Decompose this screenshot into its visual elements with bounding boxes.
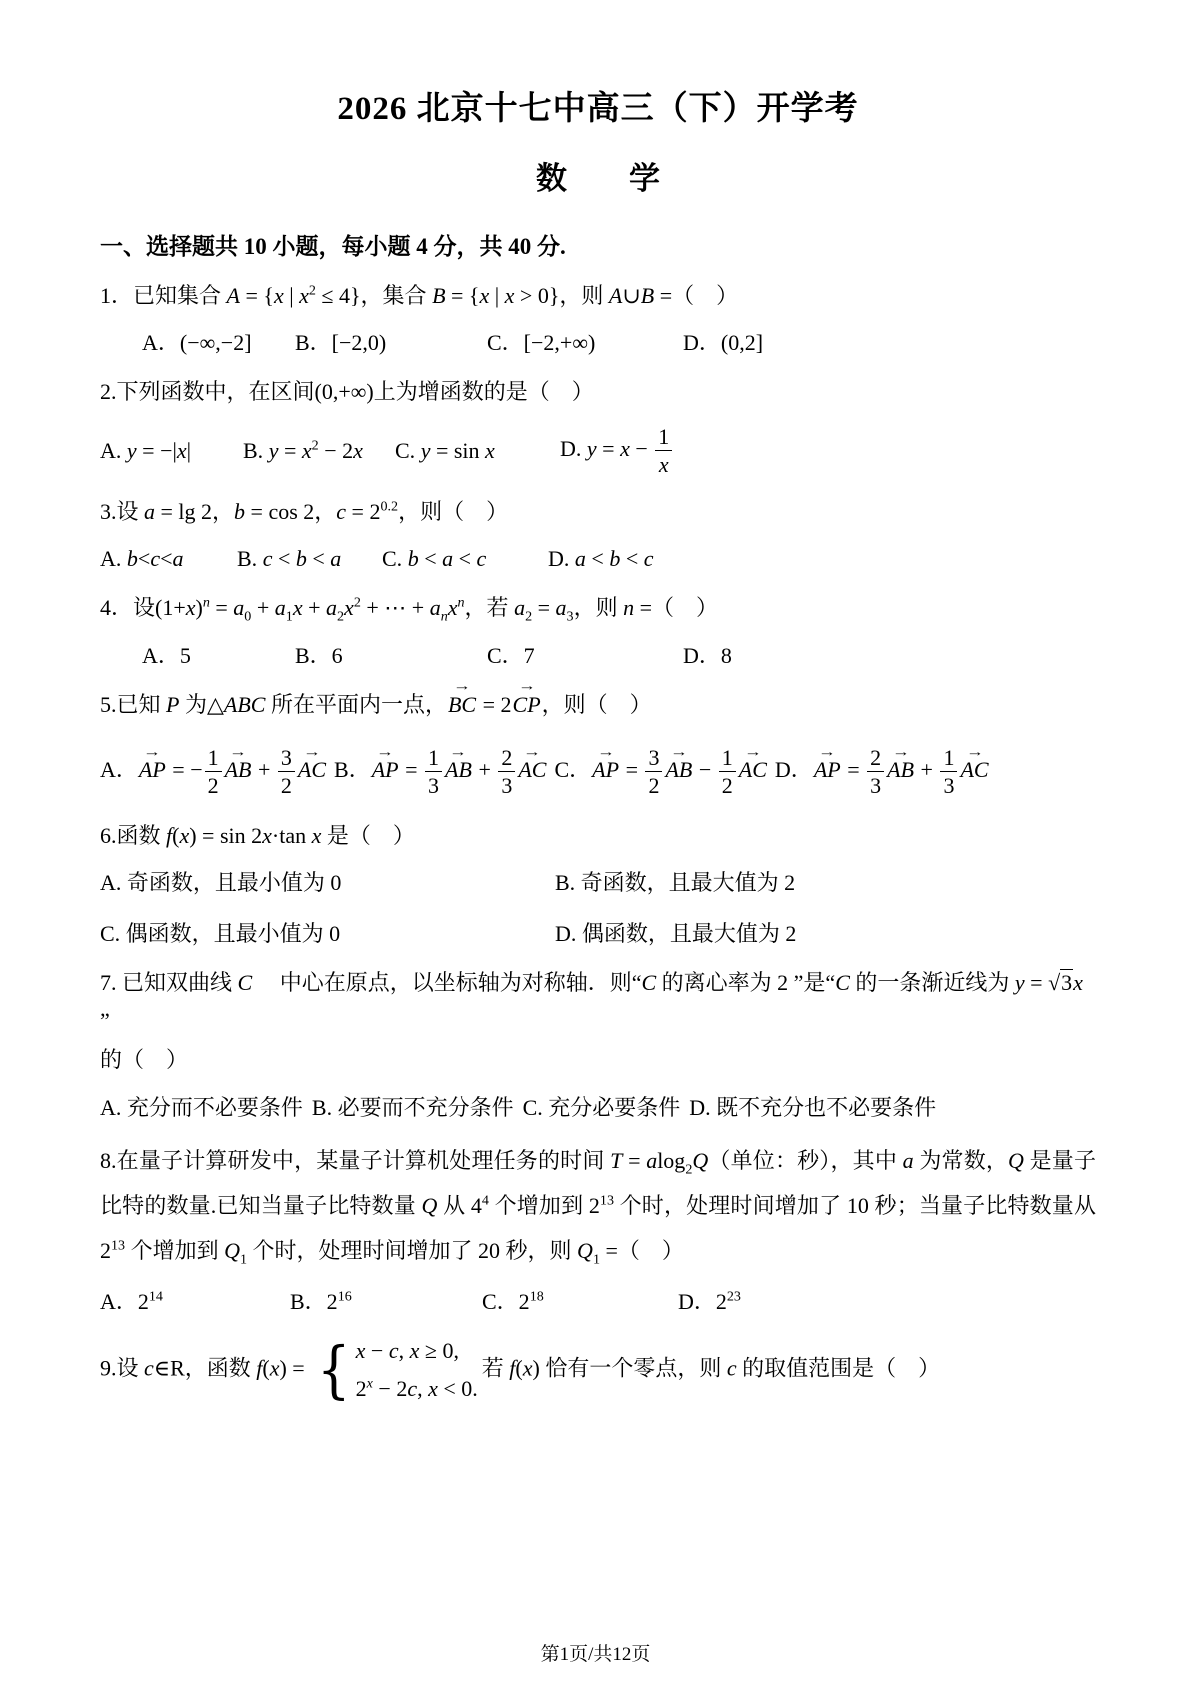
- question-6-option-b: B. 奇函数，且最大值为 2: [555, 866, 1096, 899]
- question-8-stem: 8.在量子计算研发中，某量子计算机处理任务的时间 T = alog2Q（单位：秒…: [100, 1138, 1096, 1273]
- question-6-stem: 6.函数 f(x) = sin 2x·tan x 是（ ）: [100, 817, 1096, 854]
- question-6: 6.函数 f(x) = sin 2x·tan x 是（ ） A. 奇函数，且最小…: [100, 817, 1096, 950]
- question-6-option-d: D. 偶函数，且最大值为 2: [555, 917, 1096, 950]
- subject-title: 数 学: [100, 153, 1096, 198]
- section-header: 一、选择题共 10 小题，每小题 4 分，共 40 分.: [100, 228, 1096, 261]
- question-4-option-c: C．7: [487, 639, 683, 672]
- question-1: 1．已知集合 A = {x | x2 ≤ 4}，集合 B = {x | x > …: [100, 277, 1096, 359]
- question-1-option-b: B．[−2,0): [295, 326, 487, 359]
- page-number: 第1页/共12页: [0, 1639, 1191, 1666]
- question-1-option-d: D．(0,2]: [683, 326, 763, 359]
- question-8-option-a: A．214: [100, 1285, 290, 1318]
- question-8-option-c: C．218: [482, 1285, 678, 1318]
- question-6-option-c: C. 偶函数，且最小值为 0: [100, 917, 555, 950]
- question-7-option-a: A. 充分而不必要条件: [100, 1091, 303, 1124]
- question-3-options: A. b<c<a B. c < b < a C. b < a < c D. a …: [100, 542, 1096, 575]
- question-5-option-c: C．→AP = 32→AB − 12→AC: [554, 745, 767, 799]
- question-5-option-a: A．→AP = −12→AB + 32→AC: [100, 745, 327, 799]
- question-7-options: A. 充分而不必要条件 B. 必要而不充分条件 C. 充分必要条件 D. 既不充…: [100, 1091, 1096, 1124]
- question-5-option-b: B．→AP = 13→AB + 23→AC: [334, 745, 547, 799]
- question-5: 5.已知 P 为△ABC 所在平面内一点，→BC = 2→CP，则（ ） A．→…: [100, 686, 1096, 803]
- question-4-options: A．5 B．6 C．7 D．8: [100, 639, 1096, 672]
- question-3-option-c: C. b < a < c: [382, 542, 548, 575]
- question-2-option-c: C. y = sin x: [395, 434, 560, 467]
- exam-page: 2026 北京十七中高三（下）开学考 数 学 一、选择题共 10 小题，每小题 …: [0, 0, 1191, 1684]
- question-2-options: A. y = −|x| B. y = x2 − 2x C. y = sin x …: [100, 423, 1096, 479]
- question-7-stem: 7. 已知双曲线 C 中心在原点，以坐标轴为对称轴．则“C 的离心率为 2 ”是…: [100, 964, 1096, 1039]
- question-1-option-c: C．[−2,+∞): [487, 326, 683, 359]
- question-7-option-c: C. 充分必要条件: [523, 1091, 681, 1124]
- question-4-option-d: D．8: [683, 639, 732, 672]
- question-3-option-b: B. c < b < a: [237, 542, 382, 575]
- question-9-stem: 9.设 c∈R，函数 f(x) = {x − c, x ≥ 0,2x − 2c,…: [100, 1332, 1096, 1409]
- question-8-option-b: B．216: [290, 1285, 482, 1318]
- question-1-stem: 1．已知集合 A = {x | x2 ≤ 4}，集合 B = {x | x > …: [100, 277, 1096, 314]
- question-7-option-d: D. 既不充分也不必要条件: [689, 1091, 936, 1124]
- question-4: 4．设(1+x)n = a0 + a1x + a2x2 + ⋯ + anxn，若…: [100, 589, 1096, 671]
- question-5-stem: 5.已知 P 为△ABC 所在平面内一点，→BC = 2→CP，则（ ）: [100, 686, 1096, 723]
- page-title: 2026 北京十七中高三（下）开学考: [100, 82, 1096, 129]
- question-4-option-b: B．6: [295, 639, 487, 672]
- question-3-option-d: D. a < b < c: [548, 542, 654, 575]
- question-2-option-a: A. y = −|x|: [100, 434, 243, 467]
- question-4-stem: 4．设(1+x)n = a0 + a1x + a2x2 + ⋯ + anxn，若…: [100, 589, 1096, 626]
- question-3-stem: 3.设 a = lg 2，b = cos 2，c = 20.2，则（ ）: [100, 493, 1096, 530]
- question-5-option-d: D．→AP = 23→AB + 13→AC: [775, 745, 990, 799]
- question-2-option-d: D. y = x − 1x: [560, 424, 674, 478]
- question-6-options: A. 奇函数，且最小值为 0 B. 奇函数，且最大值为 2 C. 偶函数，且最小…: [100, 866, 1096, 950]
- question-8-options: A．214 B．216 C．218 D．223: [100, 1285, 1096, 1318]
- question-5-options: A．→AP = −12→AB + 32→AC B．→AP = 13→AB + 2…: [100, 741, 1096, 803]
- question-8: 8.在量子计算研发中，某量子计算机处理任务的时间 T = alog2Q（单位：秒…: [100, 1138, 1096, 1318]
- question-4-option-a: A．5: [142, 639, 295, 672]
- question-1-option-a: A．(−∞,−2]: [142, 326, 295, 359]
- question-3-option-a: A. b<c<a: [100, 542, 237, 575]
- question-8-option-d: D．223: [678, 1285, 741, 1318]
- question-3: 3.设 a = lg 2，b = cos 2，c = 20.2，则（ ） A. …: [100, 493, 1096, 575]
- question-1-options: A．(−∞,−2] B．[−2,0) C．[−2,+∞) D．(0,2]: [100, 326, 1096, 359]
- question-9: 9.设 c∈R，函数 f(x) = {x − c, x ≥ 0,2x − 2c,…: [100, 1332, 1096, 1409]
- question-7-stem-line2: 的（ ）: [100, 1041, 1096, 1078]
- question-6-option-a: A. 奇函数，且最小值为 0: [100, 866, 555, 899]
- question-2: 2.下列函数中，在区间(0,+∞)上为增函数的是（ ） A. y = −|x| …: [100, 373, 1096, 478]
- question-2-stem: 2.下列函数中，在区间(0,+∞)上为增函数的是（ ）: [100, 373, 1096, 410]
- question-2-option-b: B. y = x2 − 2x: [243, 434, 395, 467]
- question-7-option-b: B. 必要而不充分条件: [312, 1091, 514, 1124]
- question-7: 7. 已知双曲线 C 中心在原点，以坐标轴为对称轴．则“C 的离心率为 2 ”是…: [100, 964, 1096, 1123]
